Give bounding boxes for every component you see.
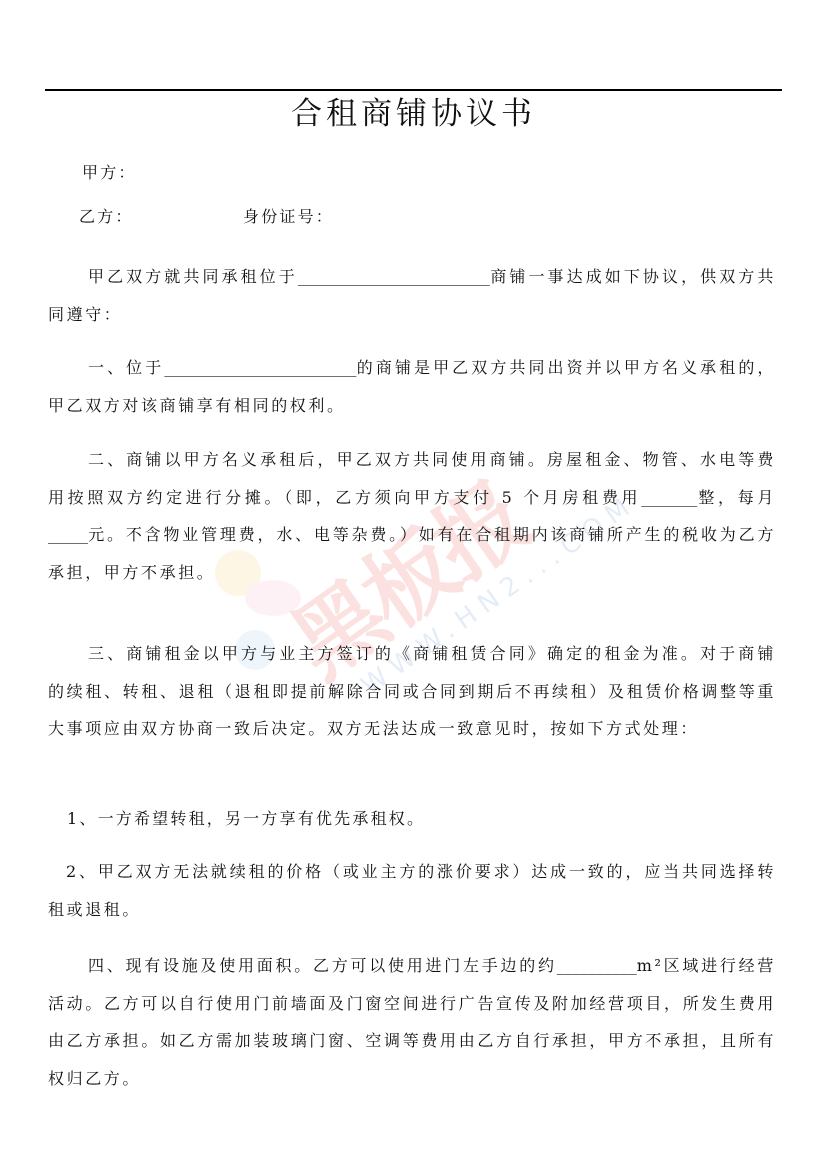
intro-text-start: 甲乙双方就共同承租位于 — [88, 267, 298, 286]
rent-total-blank: _______ — [641, 488, 697, 507]
shop-location-blank: ________________________ — [164, 358, 356, 377]
section-4-paragraph: 四、现有设施及使用面积。乙方可以使用进门左手边的约__________m²区域进… — [48, 947, 776, 1097]
id-number-label: 身份证号： — [243, 204, 334, 227]
section-4-text-end: 区域进行经营活动。乙方可以自行使用门前墙面及门窗空间进行广告宣传及附加经营项目，… — [48, 956, 776, 1088]
party-a-label: 甲方： — [82, 160, 137, 183]
intro-paragraph: 甲乙双方就共同承租位于________________________商铺一事达… — [48, 258, 776, 333]
area-blank: __________ — [557, 956, 637, 975]
section-4-text-start: 四、现有设施及使用面积。乙方可以使用进门左手边的约 — [88, 956, 557, 975]
section-1-text-start: 一、位于 — [88, 358, 164, 377]
location-blank: ________________________ — [298, 267, 490, 286]
section-2-text-3: 元。不含物业管理费，水、电等杂费。）如有在合租期内该商铺所产生的税收为乙方承担，… — [48, 525, 776, 582]
section-3-paragraph: 三、商铺租金以甲方与业主方签订的《商铺租赁合同》确定的租金为准。对于商铺的续租、… — [48, 635, 776, 748]
area-unit: m² — [637, 956, 664, 975]
item-1: 1、一方希望转租，另一方享有优先承租权。 — [67, 806, 425, 829]
monthly-rent-blank: _____ — [48, 525, 88, 544]
section-1-paragraph: 一、位于________________________的商铺是甲乙双方共同出资… — [48, 349, 776, 424]
section-2-paragraph: 二、商铺以甲方名义承租后，甲乙双方共同使用商铺。房屋租金、物管、水电等费用按照双… — [48, 441, 776, 591]
document-title: 合租商铺协议书 — [0, 88, 827, 133]
party-b-label: 乙方： — [79, 204, 134, 227]
item-2: 2、甲乙双方无法就续租的价格（或业主方的涨价要求）达成一致的，应当共同选择转租或… — [48, 853, 776, 928]
section-2-text-2: 整，每月 — [697, 488, 776, 507]
